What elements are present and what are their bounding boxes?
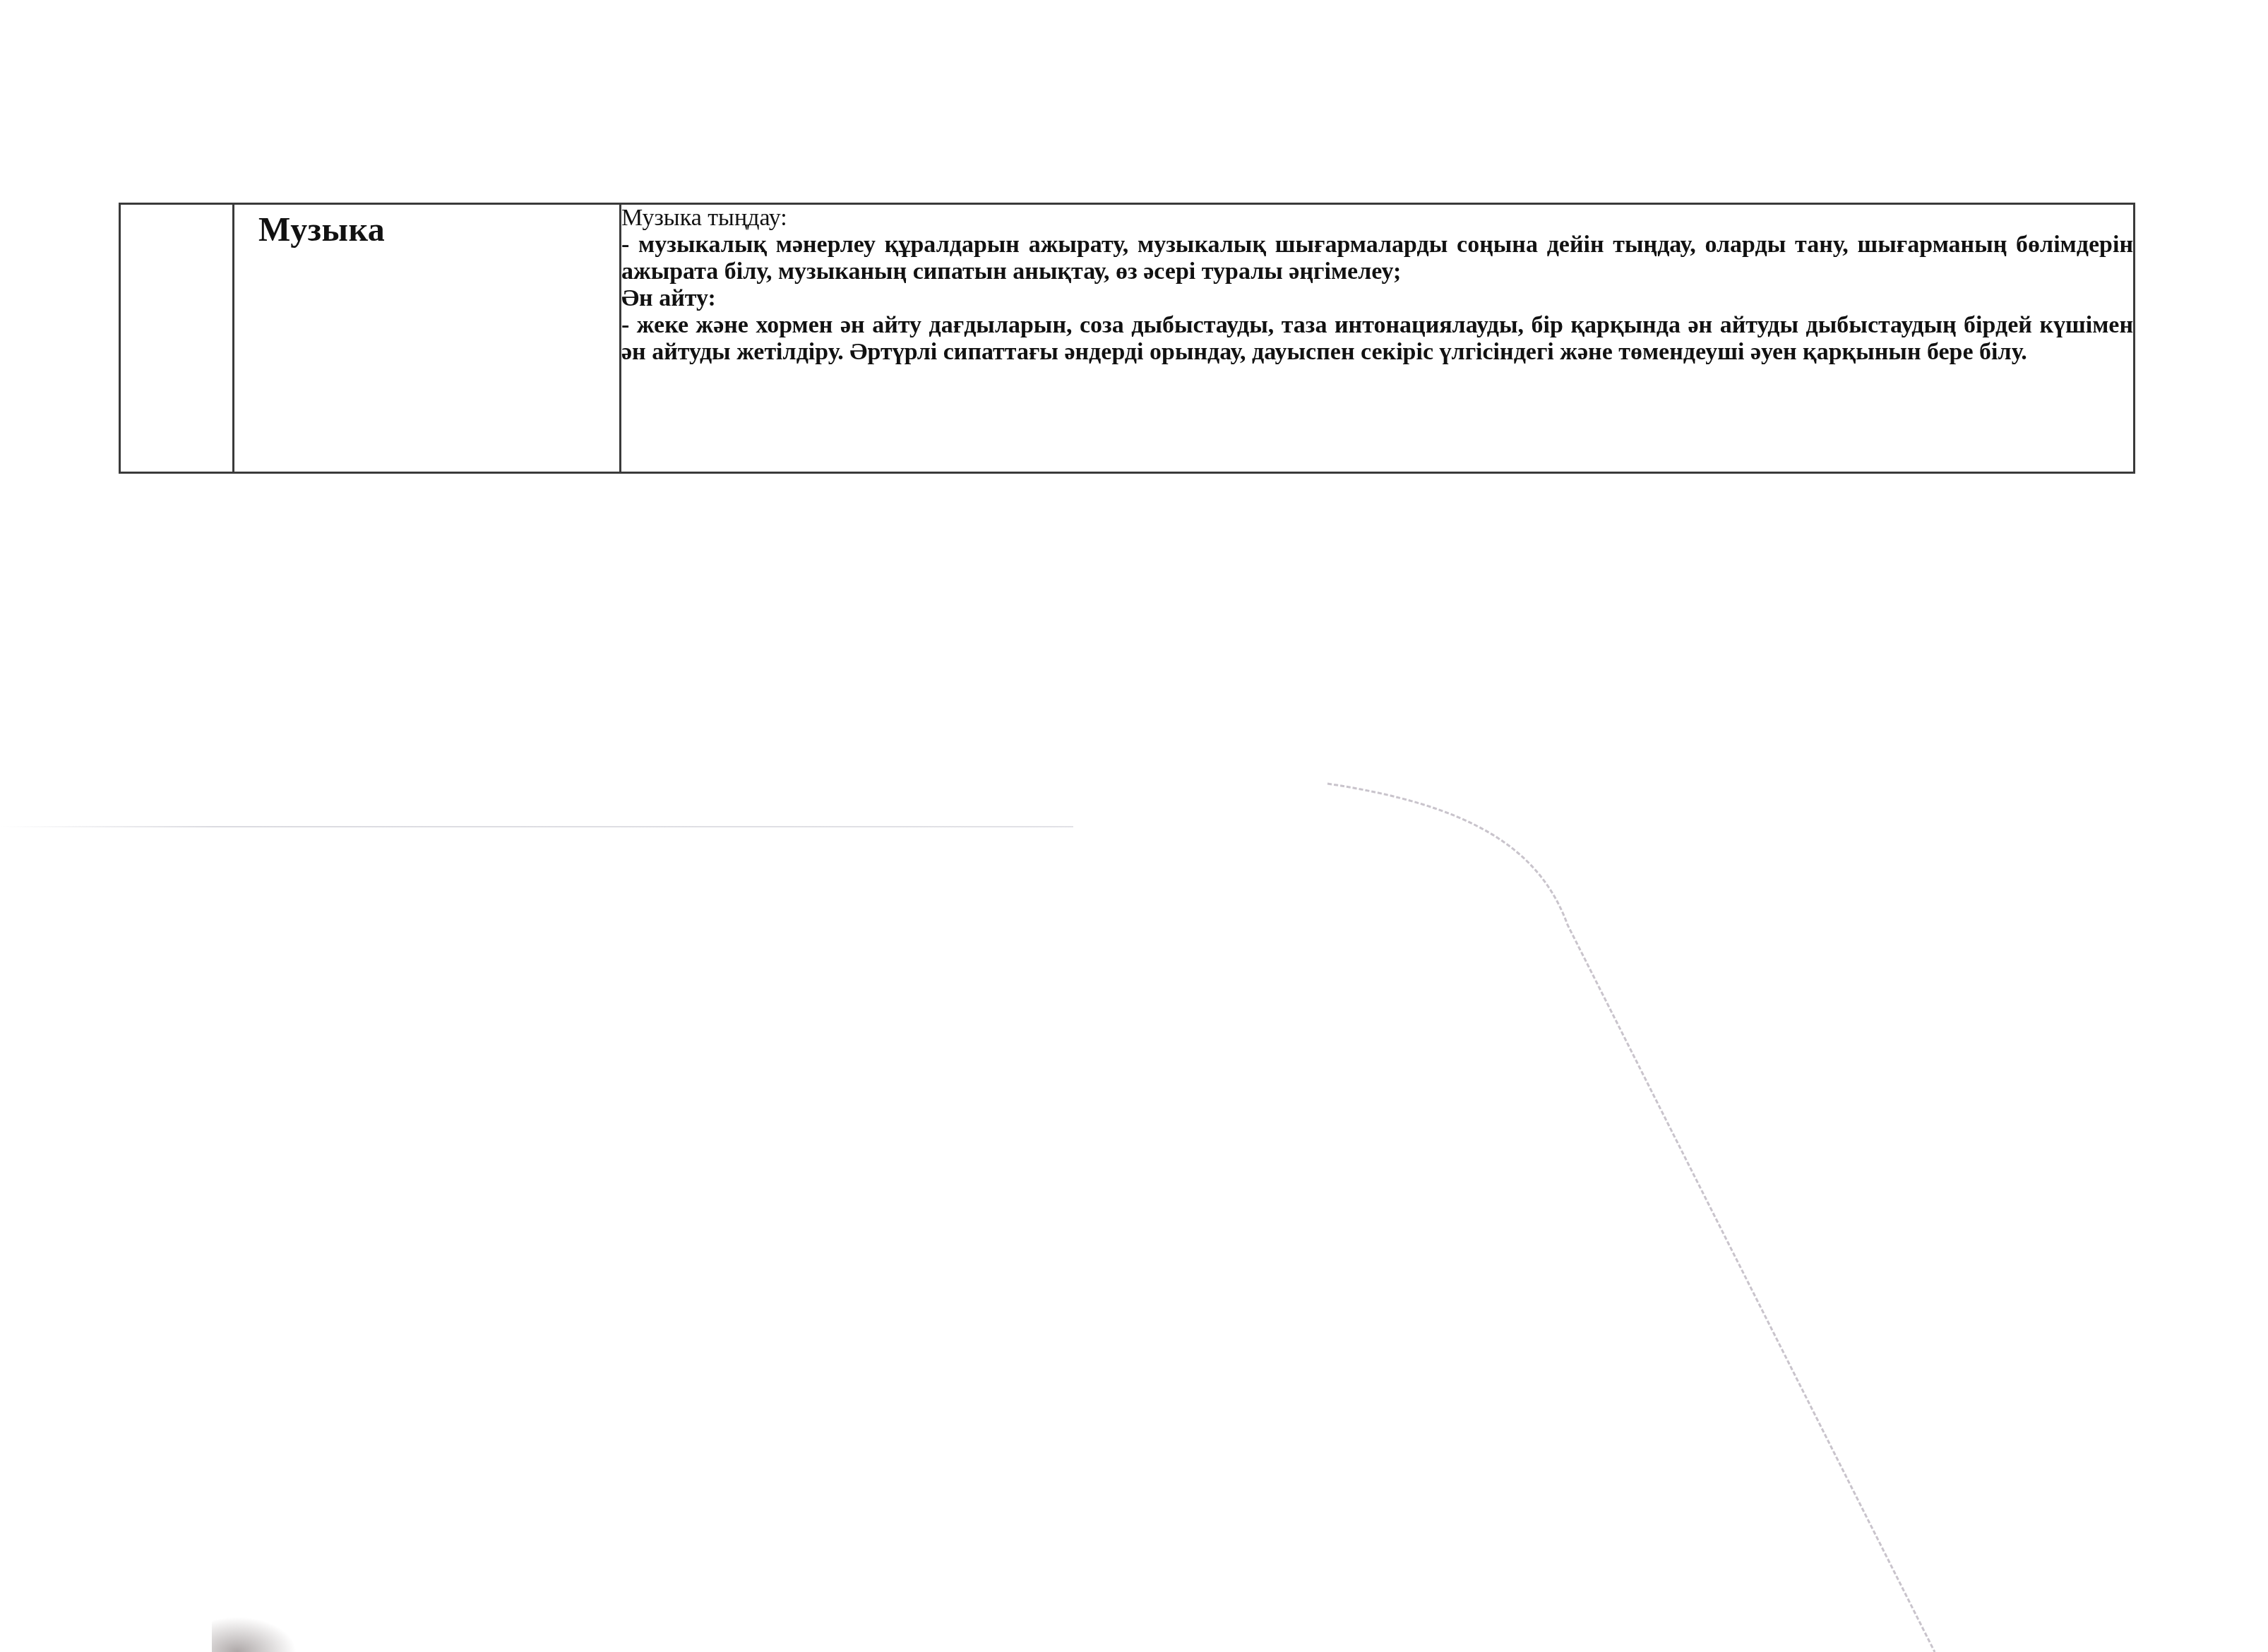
row-number-cell	[120, 204, 234, 473]
section-heading-singing: Ән айту:	[621, 285, 2133, 312]
curriculum-table: Музыка Музыка тыңдау: - музыкалық мәнерл…	[119, 203, 2135, 474]
subject-cell: Музыка	[234, 204, 621, 473]
subject-title: Музыка	[234, 205, 619, 247]
photo-shadow	[212, 1617, 297, 1652]
paper-fold-line	[0, 826, 1073, 827]
section-heading-listening: Музыка тыңдау:	[621, 205, 2133, 232]
content-cell: Музыка тыңдау: - музыкалық мәнерлеу құра…	[621, 204, 2135, 473]
section-body-listening: - музыкалық мәнерлеу құралдарын ажырату,…	[621, 232, 2133, 285]
table-row: Музыка Музыка тыңдау: - музыкалық мәнерл…	[120, 204, 2135, 473]
scanned-page: Музыка Музыка тыңдау: - музыкалық мәнерл…	[0, 0, 2268, 1652]
section-body-singing: - жеке және хормен ән айту дағдыларын, с…	[621, 312, 2133, 366]
